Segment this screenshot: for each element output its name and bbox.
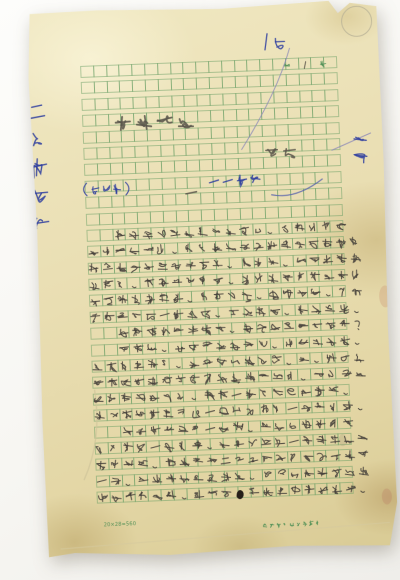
handwriting-strokes [26,0,399,560]
manuscript-paper: 20×28=560 [26,0,399,560]
body-handwriting [26,0,399,564]
manuscript-paper-wrap: 20×28=560 [26,0,399,560]
photo-background: 20×28=560 [0,0,400,580]
